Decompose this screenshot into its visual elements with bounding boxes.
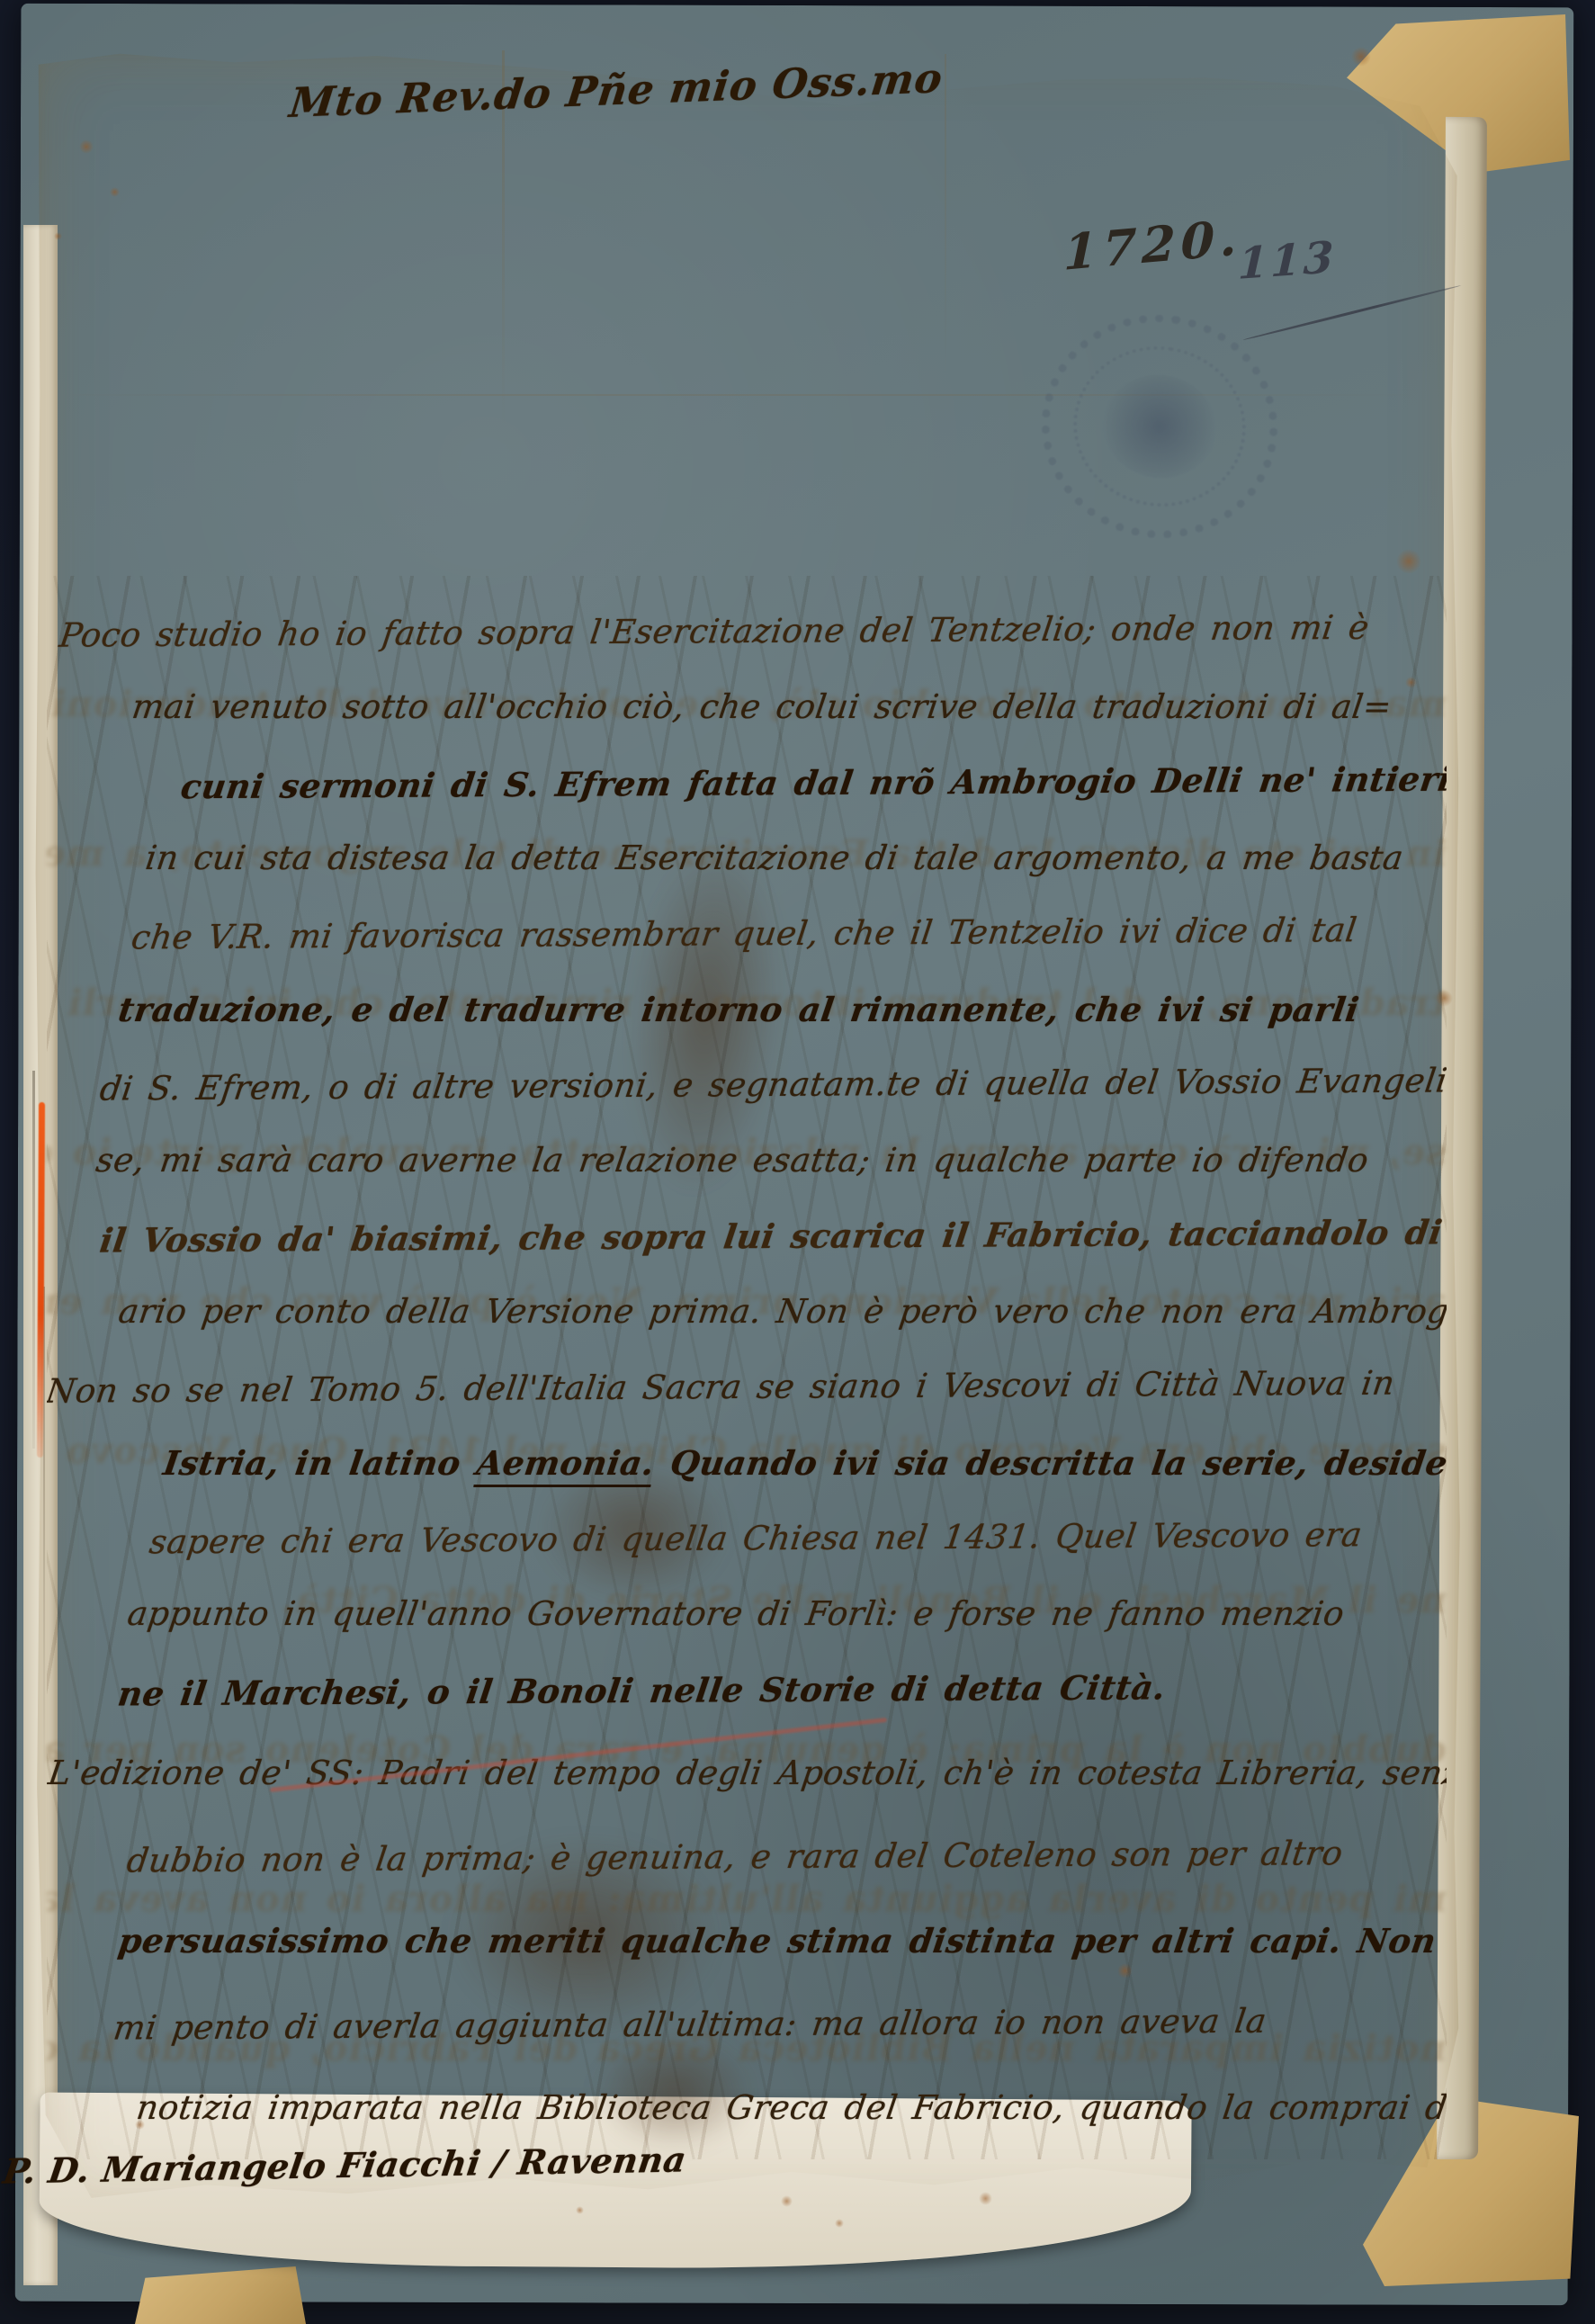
foxing-spot: [1351, 47, 1371, 67]
vertical-crease: [945, 54, 946, 378]
manuscript-line: sapere chi era Vescovo di quella Chiesa …: [145, 1497, 1447, 1581]
foxing-spot: [835, 2219, 844, 2228]
foxing-spot: [781, 2195, 793, 2207]
foxing-spot: [110, 187, 120, 197]
manuscript-photo: Mto Rev.do Pñe mio Oss.mo 1720. 113 mai …: [0, 0, 1595, 2324]
manuscript-line: traduzione, e del tradurre intorno al ri…: [113, 972, 1447, 1047]
manuscript-line: ne il Marchesi, o il Bonoli nelle Storie…: [113, 1647, 1447, 1731]
manuscript-line: mai venuto sotto all'occhio ciò, che col…: [127, 669, 1447, 745]
manuscript-line: dubbio non è la prima; è genuina, e rara…: [122, 1816, 1447, 1899]
foxing-spot: [54, 232, 62, 240]
manuscript-line: notizia imparata nella Biblioteca Greca …: [131, 2070, 1447, 2146]
manuscript-line: Istria, in latino Aemonia. Quando ivi si…: [158, 1425, 1447, 1501]
letter-body: Poco studio ho io fatto sopra l'Esercita…: [47, 594, 1447, 2146]
manuscript-line: se, mi sarà caro averne la relazione esa…: [91, 1123, 1447, 1198]
manuscript-line: appunto in quell'anno Governatore di For…: [122, 1576, 1447, 1652]
foxing-spot: [576, 2206, 584, 2214]
manuscript-line: ario per conto della Versione prima. Non…: [113, 1274, 1447, 1350]
manuscript-line: Non so se nel Tomo 5. dell'Italia Sacra …: [47, 1345, 1447, 1430]
underlined-word: Aemonia.: [473, 1443, 657, 1487]
manuscript-line: in cui sta distesa la detta Esercitazion…: [140, 821, 1447, 896]
manuscript-line: mi pento di averla aggiunta all'ultima: …: [109, 1982, 1447, 2066]
manuscript-line: Poco studio ho io fatto sopra l'Esercita…: [55, 594, 1447, 674]
manuscript-line: che V.R. mi favorisca rassembrar quel, c…: [127, 893, 1447, 976]
foxing-spot: [79, 139, 94, 154]
folio-number: 113: [1237, 232, 1337, 290]
manuscript-line: il Vossio da' biasimi, che sopra lui sca…: [95, 1194, 1447, 1278]
manuscript-line: di S. Efrem, o di altre versioni, e segn…: [95, 1043, 1447, 1126]
manuscript-line: persuasissimo che meriti qualche stima d…: [113, 1903, 1447, 1979]
foxing-spot: [1396, 549, 1421, 574]
foxing-spot: [979, 2192, 992, 2205]
manuscript-line: cuni sermoni di S. Efrem fatta dal nrõ A…: [176, 741, 1447, 825]
manuscript-line: L'edizione de' SS: Padri del tempo degli…: [47, 1736, 1447, 1811]
line-suffix: Quando ivi sia descritta la serie, desid…: [651, 1443, 1447, 1483]
line-prefix: Istria, in latino: [161, 1443, 479, 1483]
